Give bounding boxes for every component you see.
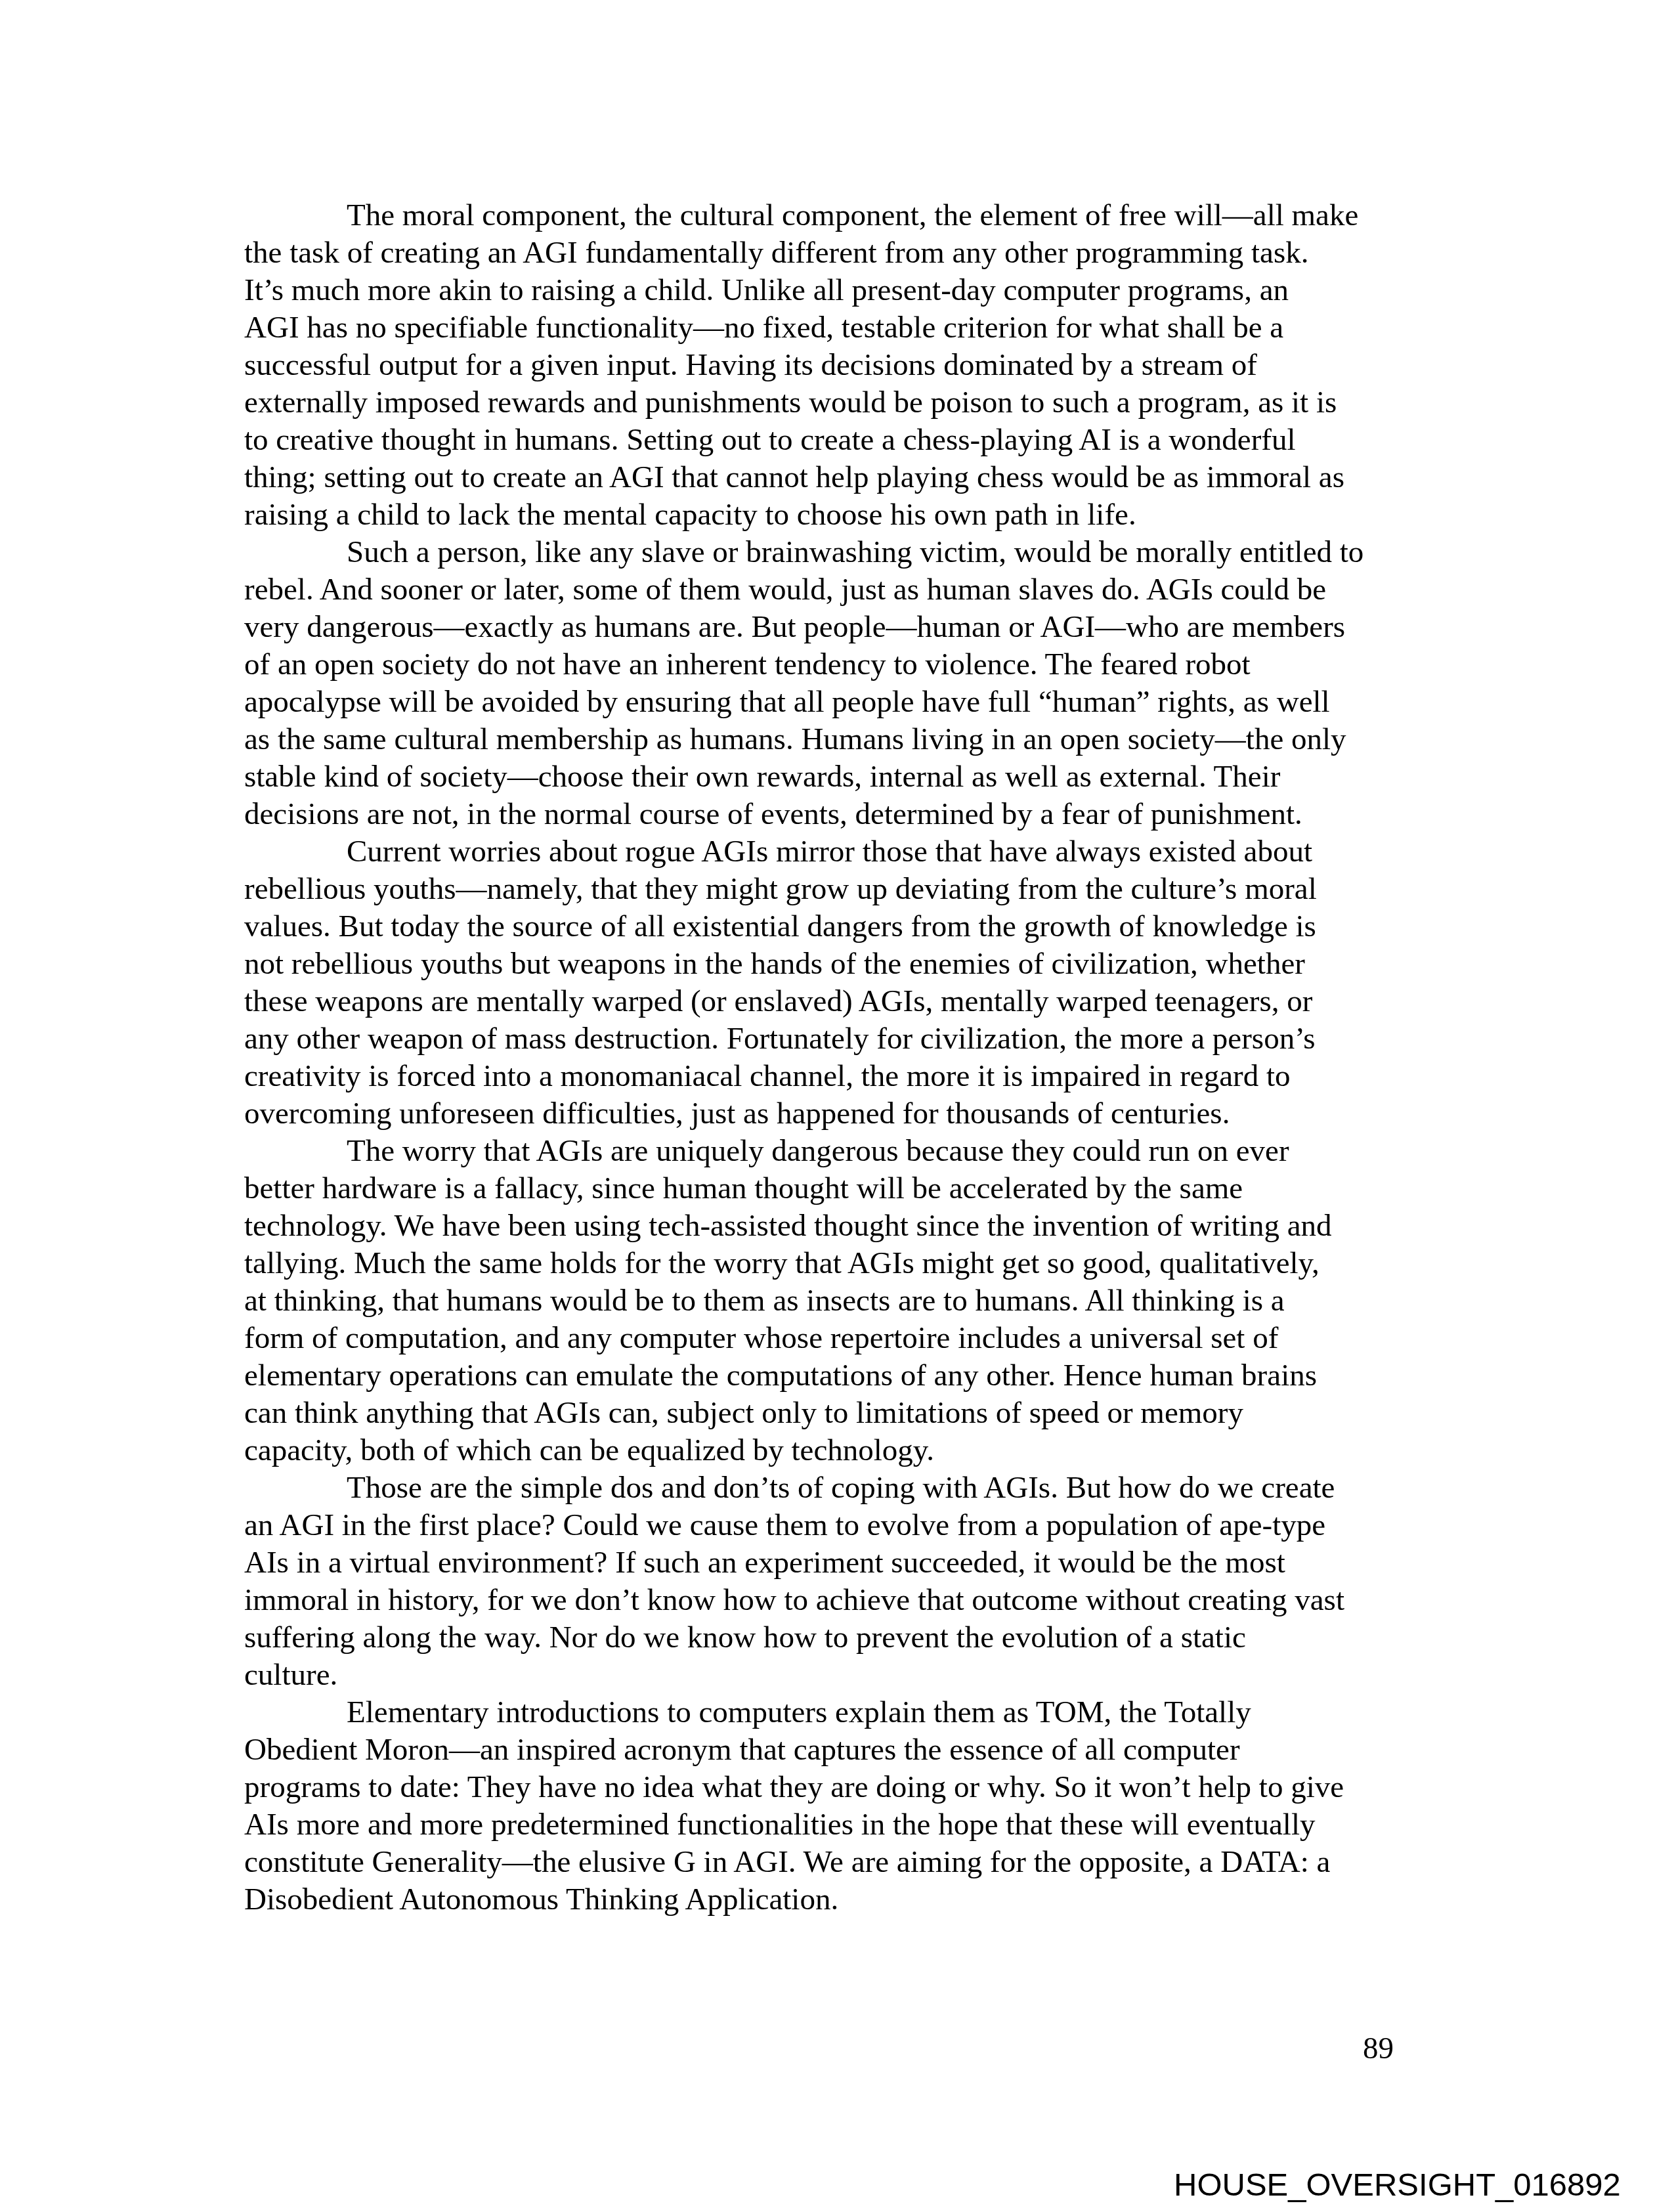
text-line: rebel. And sooner or later, some of them… bbox=[244, 571, 1426, 609]
text-line: externally imposed rewards and punishmen… bbox=[244, 384, 1426, 422]
paragraph-3: Current worries about rogue AGIs mirror … bbox=[244, 833, 1426, 1133]
text-line: these weapons are mentally warped (or en… bbox=[244, 983, 1426, 1020]
text-line: It’s much more akin to raising a child. … bbox=[244, 272, 1426, 309]
text-line: can think anything that AGIs can, subjec… bbox=[244, 1395, 1426, 1432]
text-line: Obedient Moron—an inspired acronym that … bbox=[244, 1731, 1426, 1769]
text-line: decisions are not, in the normal course … bbox=[244, 796, 1426, 833]
text-line: overcoming unforeseen difficulties, just… bbox=[244, 1095, 1426, 1133]
paragraph-5: Those are the simple dos and don’ts of c… bbox=[244, 1469, 1426, 1694]
text-line: suffering along the way. Nor do we know … bbox=[244, 1619, 1426, 1657]
text-line: Those are the simple dos and don’ts of c… bbox=[244, 1469, 1426, 1507]
text-line: The moral component, the cultural compon… bbox=[244, 197, 1426, 234]
text-line: culture. bbox=[244, 1657, 1426, 1694]
text-line: constitute Generality—the elusive G in A… bbox=[244, 1844, 1426, 1881]
text-line: Current worries about rogue AGIs mirror … bbox=[244, 833, 1426, 871]
text-line: elementary operations can emulate the co… bbox=[244, 1357, 1426, 1395]
paragraph-2: Such a person, like any slave or brainwa… bbox=[244, 534, 1426, 833]
text-line: AIs more and more predetermined function… bbox=[244, 1806, 1426, 1844]
text-line: raising a child to lack the mental capac… bbox=[244, 496, 1426, 534]
bates-stamp: HOUSE_OVERSIGHT_016892 bbox=[1174, 2167, 1621, 2203]
text-line: successful output for a given input. Hav… bbox=[244, 347, 1426, 384]
text-line: rebellious youths—namely, that they migh… bbox=[244, 871, 1426, 908]
paragraph-6: Elementary introductions to computers ex… bbox=[244, 1694, 1426, 1919]
document-page: The moral component, the cultural compon… bbox=[0, 0, 1674, 2212]
text-line: AIs in a virtual environment? If such an… bbox=[244, 1544, 1426, 1582]
text-line: AGI has no specifiable functionality—no … bbox=[244, 309, 1426, 347]
text-line: Such a person, like any slave or brainwa… bbox=[244, 534, 1426, 571]
paragraph-1: The moral component, the cultural compon… bbox=[244, 197, 1426, 534]
text-line: values. But today the source of all exis… bbox=[244, 908, 1426, 945]
text-line: capacity, both of which can be equalized… bbox=[244, 1432, 1426, 1469]
text-line: tallying. Much the same holds for the wo… bbox=[244, 1245, 1426, 1282]
text-line: technology. We have been using tech-assi… bbox=[244, 1207, 1426, 1245]
text-line: very dangerous—exactly as humans are. Bu… bbox=[244, 609, 1426, 646]
text-line: creativity is forced into a monomaniacal… bbox=[244, 1058, 1426, 1095]
text-line: of an open society do not have an inhere… bbox=[244, 646, 1426, 683]
text-line: any other weapon of mass destruction. Fo… bbox=[244, 1020, 1426, 1058]
text-line: at thinking, that humans would be to the… bbox=[244, 1282, 1426, 1320]
text-line: an AGI in the first place? Could we caus… bbox=[244, 1507, 1426, 1544]
text-line: stable kind of society—choose their own … bbox=[244, 758, 1426, 796]
text-line: to creative thought in humans. Setting o… bbox=[244, 422, 1426, 459]
text-line: immoral in history, for we don’t know ho… bbox=[244, 1582, 1426, 1619]
text-line: not rebellious youths but weapons in the… bbox=[244, 945, 1426, 983]
text-line: programs to date: They have no idea what… bbox=[244, 1769, 1426, 1806]
text-line: form of computation, and any computer wh… bbox=[244, 1320, 1426, 1357]
text-line: Elementary introductions to computers ex… bbox=[244, 1694, 1426, 1731]
text-line: Disobedient Autonomous Thinking Applicat… bbox=[244, 1881, 1426, 1919]
text-line: The worry that AGIs are uniquely dangero… bbox=[244, 1133, 1426, 1170]
text-line: thing; setting out to create an AGI that… bbox=[244, 459, 1426, 496]
text-line: apocalypse will be avoided by ensuring t… bbox=[244, 683, 1426, 721]
page-number: 89 bbox=[1363, 2030, 1394, 2068]
text-line: as the same cultural membership as human… bbox=[244, 721, 1426, 758]
body-text: The moral component, the cultural compon… bbox=[244, 197, 1426, 1919]
text-line: better hardware is a fallacy, since huma… bbox=[244, 1170, 1426, 1207]
paragraph-4: The worry that AGIs are uniquely dangero… bbox=[244, 1133, 1426, 1469]
text-line: the task of creating an AGI fundamentall… bbox=[244, 234, 1426, 272]
